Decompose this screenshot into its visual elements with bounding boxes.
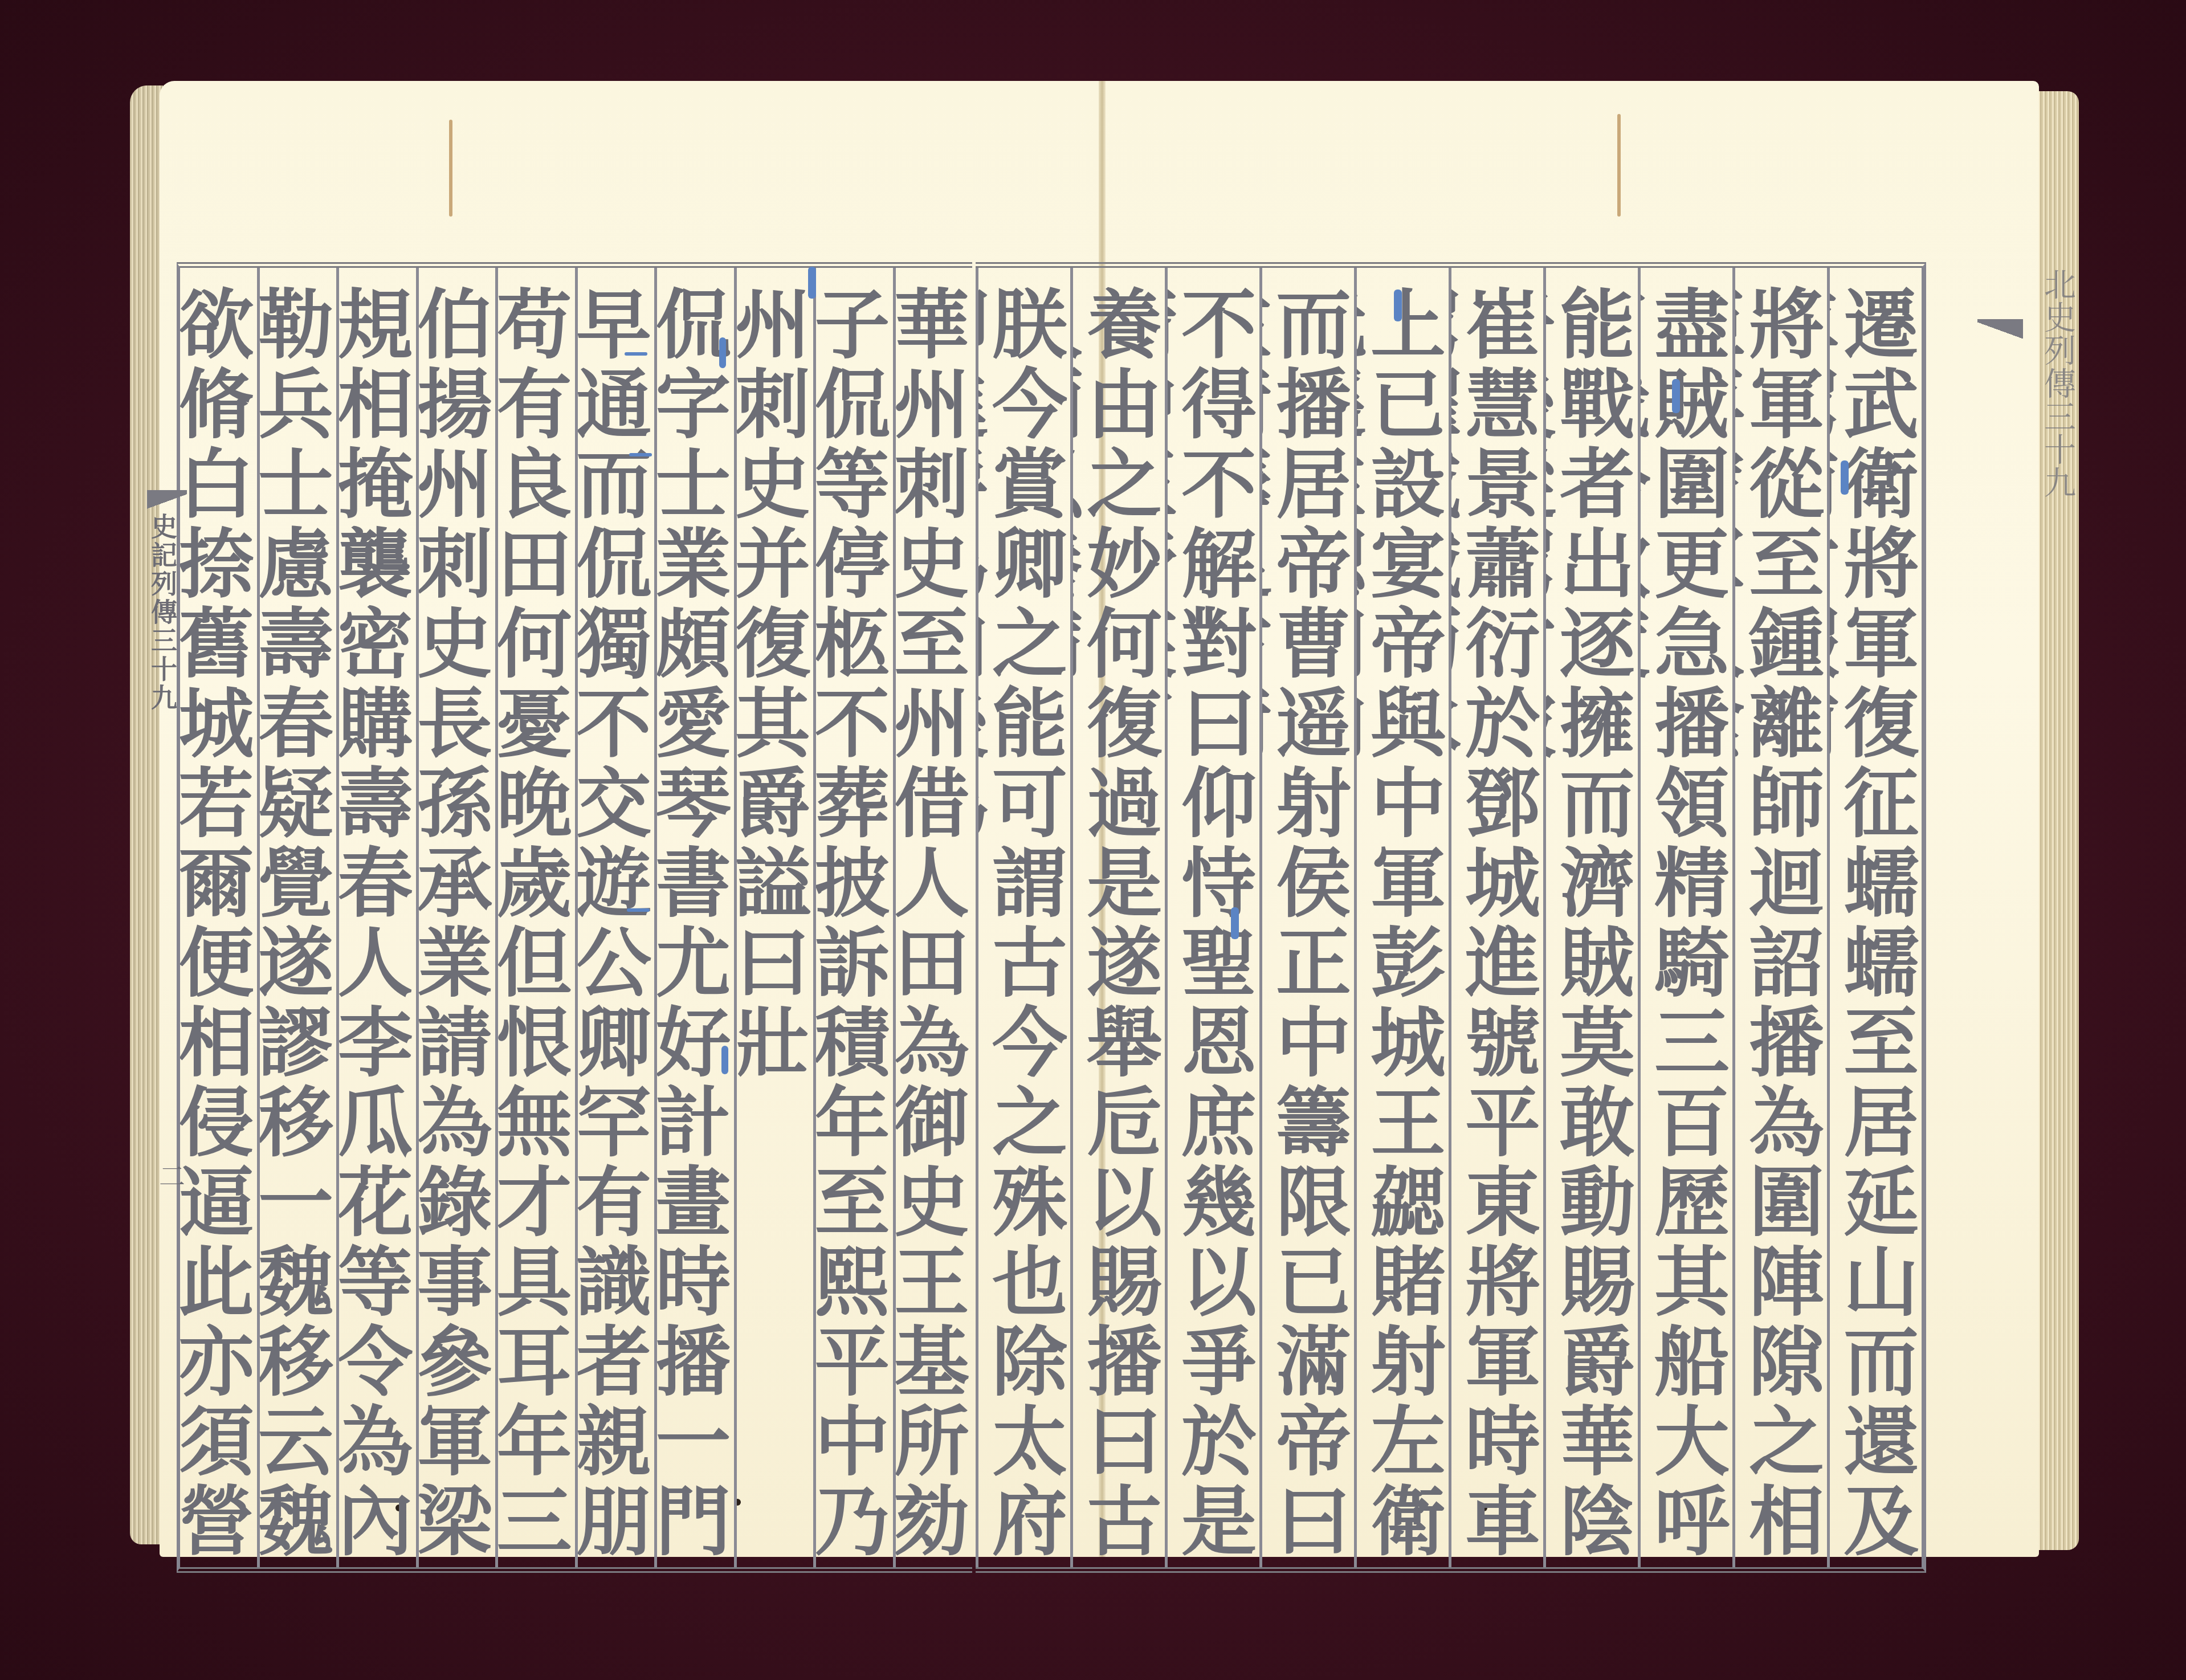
text-column: 將軍從至鍾離師迴詔播為圍陣隙之相拒再宿軍人食 [1732,268,1827,1567]
binding-thread-right [1617,114,1621,217]
right-edge-label: 北史列傳三十九 [2017,268,2080,724]
text-column: 苟有良田何憂晚歲但恨無才具耳年三十一襲爵華陰 [495,268,575,1567]
text-column: 朕今賞卿之能可謂古今之殊也除太府卿進爵為伯後為 [976,268,1070,1567]
text-column: 崔慧景蕭衍於鄧城進號平東將軍時車駕耀威城沔水 [1449,268,1543,1567]
blue-annotation-mark [721,1046,728,1074]
text-column: 欲脩白捺舊城若爾便相侵逼此亦須營欧陽設交境 [180,268,257,1567]
text-column: 華州刺史至州借人田為御史王基所劾除官爵卒于家 [893,268,973,1567]
text-column: 規相掩襲密購壽春人李瓜花等令為內應邃已纂 [336,268,416,1567]
fishtail-mark-icon [1977,319,2023,342]
center-fold-title: 史記列傳三十九 [147,513,181,1026]
blue-annotation-mark [1394,289,1402,321]
text-column: 不得不解對曰仰恃聖恩庶幾以爭於是箭中正帝笑曰 [1165,268,1259,1567]
blue-annotation-mark [808,267,816,299]
blue-annotation-mark [1672,379,1680,413]
blue-annotation-mark [1231,907,1239,939]
right-page-text-frame: 遷武衛將軍復征蠕蠕至居延山而還及車駕南討假前 將軍從至鍾離師迴詔播為圍陣隙之相拒… [976,262,1926,1573]
text-column: 早通而侃獨不交遊公卿罕有識者親朋勸其出仕侃曰 [575,268,655,1567]
left-page-columns: 華州刺史至州借人田為御史王基所劾除官爵卒于家 子侃等停柩不葬披訴積年至熙平中乃贈… [180,268,972,1567]
text-column: 能戰者出逐擁而濟賊莫敢動賜爵華陰子後從駕討破 [1543,268,1638,1567]
text-column: 養由之妙何復過是遂舉卮以賜播曰古人酒以養病 [1070,268,1165,1567]
text-column: 而播居帝曹遥射侯正中籌限已滿帝曰左衛籌足右衛 [1259,268,1354,1567]
blue-annotation-mark [1841,460,1849,495]
blue-annotation-mark [629,453,652,456]
right-page-columns: 遷武衛將軍復征蠕蠕至居延山而還及車駕南討假前 將軍從至鍾離師迴詔播為圍陣隙之相拒… [976,268,1922,1567]
blue-annotation-mark [719,337,726,368]
text-column: 侃字士業頗愛琴書尤好計畫時播一門貴滿朝廷子姪 [654,268,734,1567]
text-column: 伯揚州刺史長孫承業請為錄事參軍梁豫州刺史裴邃 [416,268,496,1567]
blue-annotation-mark [627,908,650,912]
text-column: 盡賊圍更急播領精騎三百歷其船大呼曰我今欲度 [1638,268,1732,1567]
center-fold-page-number: 二 [152,1163,189,1189]
left-page-text-frame: 華州刺史至州借人田為御史王基所劾除官爵卒于家 子侃等停柩不葬披訴積年至熙平中乃贈… [177,262,972,1573]
binding-thread-left [449,120,452,217]
text-column: 子侃等停柩不葬披訴積年至熙平中乃贈鎮西將軍雍 [813,268,893,1567]
blue-annotation-mark [625,352,647,356]
fishtail-mark-icon [147,490,187,513]
text-column: 州刺史并復其爵謚曰壯 [734,268,814,1567]
text-column: 勒兵士慮壽春疑覺遂謬移一魏移云魏始馬頭置戍如聞復 [257,268,337,1567]
text-column: 上已設宴帝與中軍彭城王勰賭射左衛元遥在勰朋內 [1354,268,1449,1567]
